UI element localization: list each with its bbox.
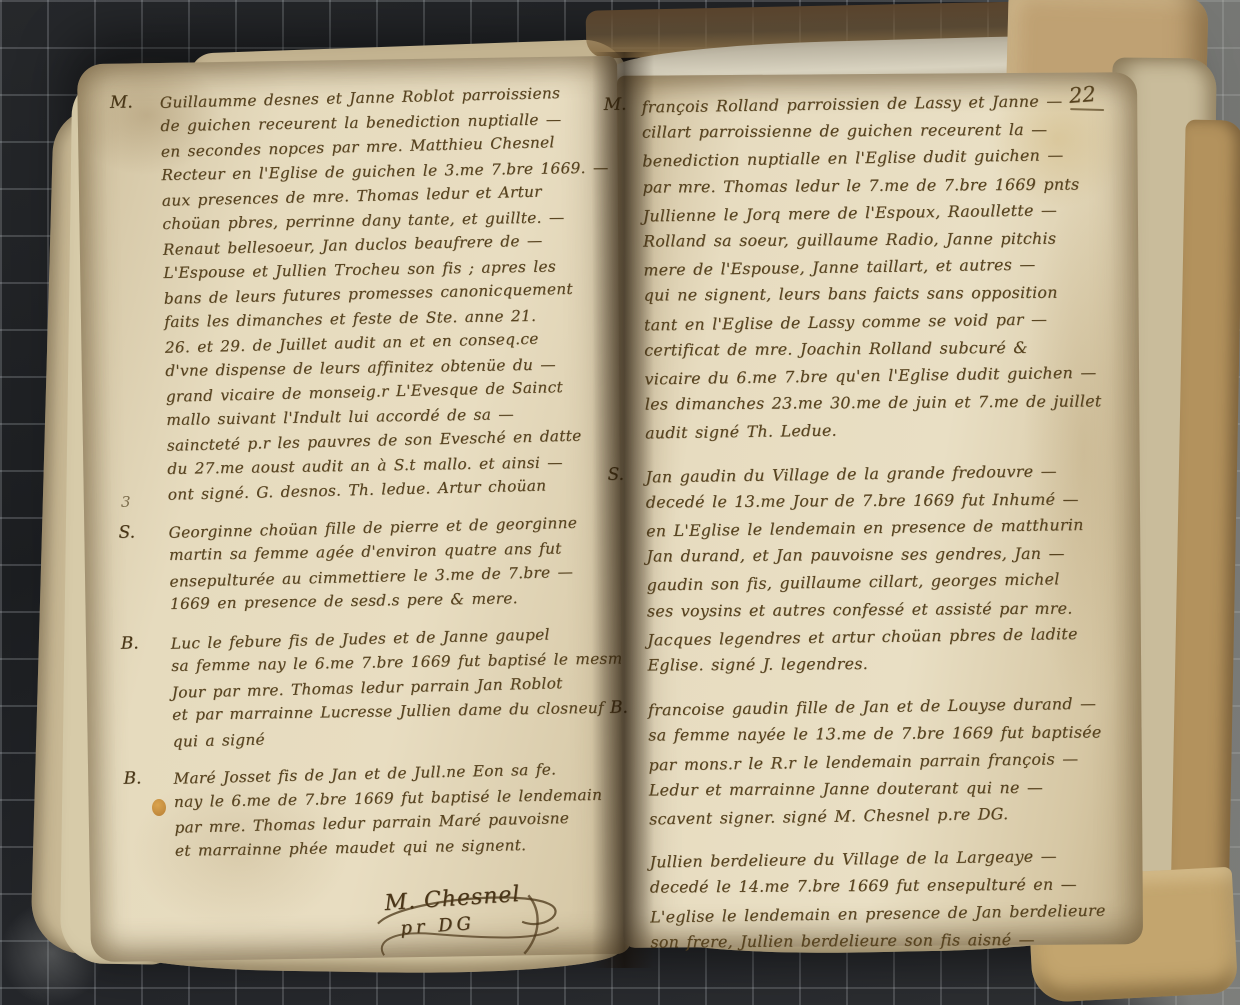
manuscript-line: scavent signer. signé M. Chesnel p.re DG… <box>649 798 1131 832</box>
page-right-text: M.françois Rolland parroissien de Lassy … <box>604 87 1133 972</box>
register-entry: S.Jan gaudin du Village de la grande fre… <box>607 457 1129 680</box>
page-left-text: M.Guillaumme desnes et Janne Roblot parr… <box>110 81 624 878</box>
margin-letter: B. <box>121 630 171 655</box>
manuscript-line: audit signé Th. Ledue. <box>645 413 1127 447</box>
margin-letter: S. <box>607 462 645 486</box>
register-entry: M.Guillaumme desnes et Janne Roblot parr… <box>110 81 616 507</box>
register-entry: S.Georginne choüan fille de pierre et de… <box>118 510 618 618</box>
rector-signature: M. Chesnel pr DG <box>384 877 600 983</box>
register-entry: B.Maré Josset fis de Jan et de Jull.ne E… <box>123 757 623 865</box>
photo-stage: M.Guillaumme desnes et Janne Roblot parr… <box>0 0 1240 1005</box>
margin-letter: B. <box>123 766 173 791</box>
register-entry: B.Luc le febure fis de Judes et de Janne… <box>121 621 621 753</box>
manuscript-page-left: M.Guillaumme desnes et Janne Roblot parr… <box>77 56 631 962</box>
signature-flourish <box>370 884 575 977</box>
manuscript-line: son frere, Jullien berdelieure son fis a… <box>650 925 1132 956</box>
manuscript-line: Eglise. signé J. legendres. <box>647 648 1129 679</box>
margin-letter: M. <box>110 90 160 115</box>
margin-letter: M. <box>604 92 642 116</box>
manuscript-page-right: 22 M.françois Rolland parroissien de Las… <box>617 72 1143 948</box>
wax-spot <box>152 799 166 816</box>
edge-numeral: 3 <box>121 494 131 510</box>
margin-letter: S. <box>118 519 168 544</box>
margin-letter: B. <box>610 696 648 720</box>
register-entry: M.françois Rolland parroissien de Lassy … <box>604 87 1128 446</box>
register-entry: Jullien berdelieure du Village de la Lar… <box>611 843 1132 957</box>
register-entry: B.francoise gaudin fille de Jan et de Lo… <box>610 691 1131 832</box>
